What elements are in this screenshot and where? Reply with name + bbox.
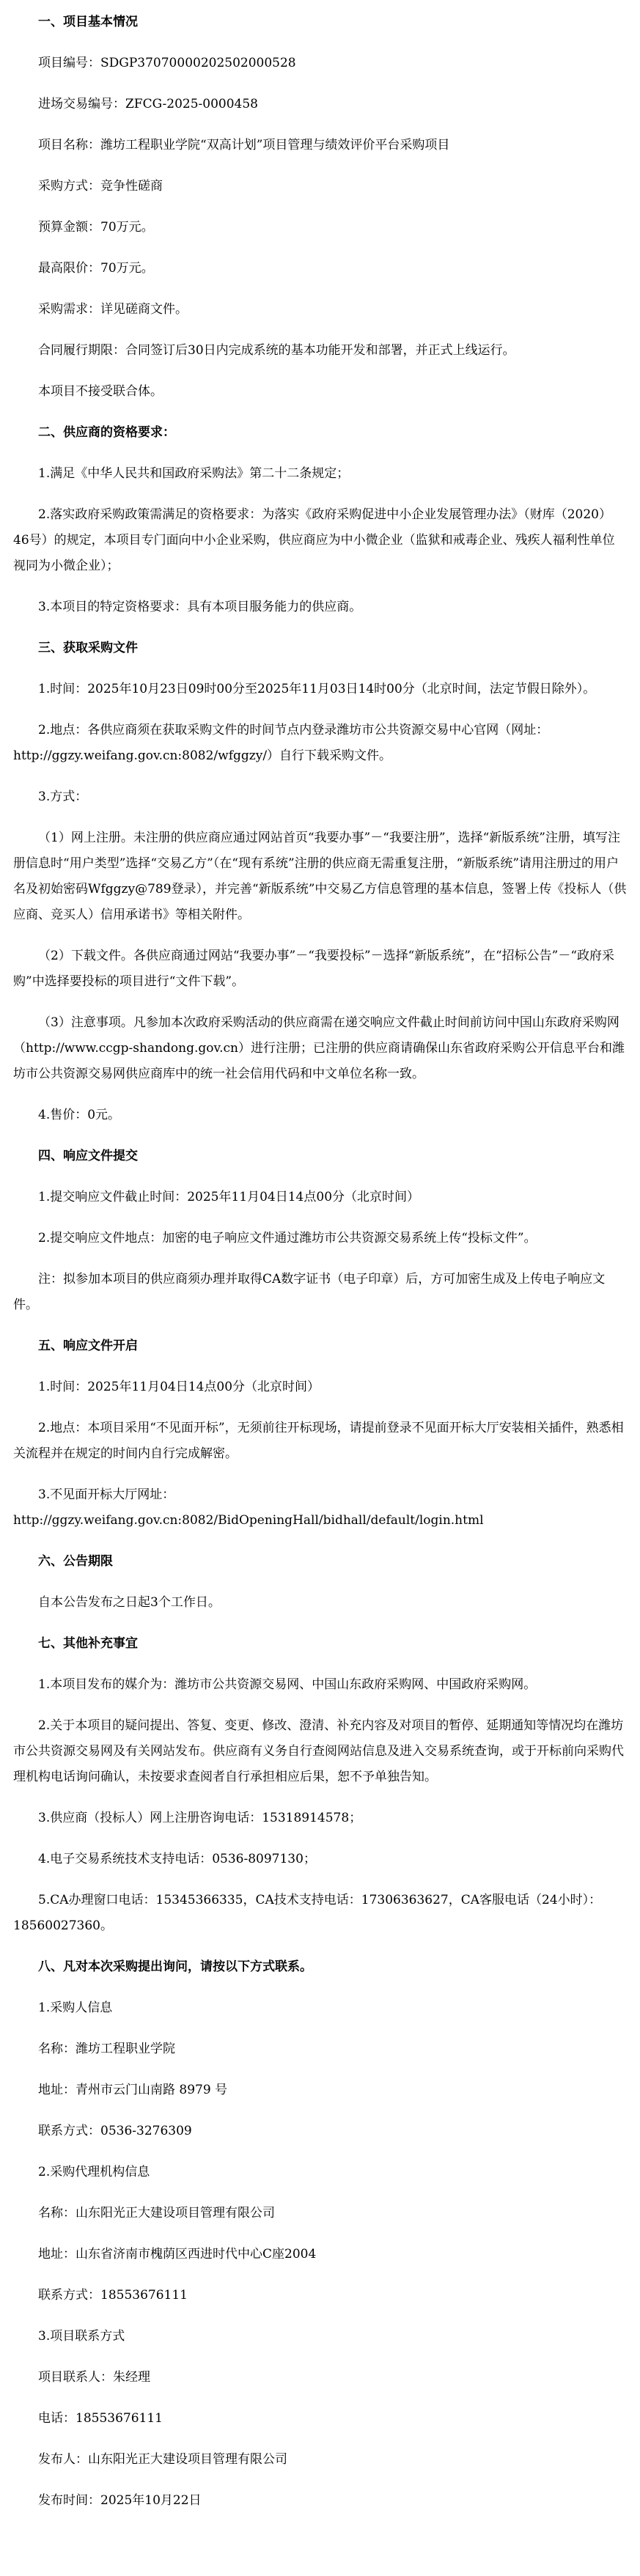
paragraph: 合同履行期限：合同签订后30日内完成系统的基本功能开发和部署，并正式上线运行。: [13, 338, 627, 364]
paragraph: 名称：潍坊工程职业学院: [13, 2036, 627, 2062]
paragraph: 电话：18553676111: [13, 2406, 627, 2432]
section-heading: 七、其他补充事宜: [13, 1631, 627, 1657]
section-heading: 六、公告期限: [13, 1549, 627, 1575]
paragraph: 注：拟参加本项目的供应商须办理并取得CA数字证书（电子印章）后，方可加密生成及上…: [13, 1267, 627, 1318]
paragraph: 1.采购人信息: [13, 1995, 627, 2021]
paragraph: 2.地点：各供应商须在获取采购文件的时间节点内登录潍坊市公共资源交易中心官网（网…: [13, 718, 627, 769]
paragraph: 本项目不接受联合体。: [13, 379, 627, 405]
paragraph: 地址：青州市云门山南路 8979 号: [13, 2078, 627, 2103]
paragraph: 3.不见面开标大厅网址：http://ggzy.weifang.gov.cn:8…: [13, 1482, 627, 1534]
section-heading: 八、凡对本次采购提出询问，请按以下方式联系。: [13, 1954, 627, 1980]
paragraph: 2.落实政府采购政策需满足的资格要求：为落实《政府采购促进中小企业发展管理办法》…: [13, 502, 627, 579]
paragraph: 发布人：山东阳光正大建设项目管理有限公司: [13, 2447, 627, 2473]
paragraph: 最高限价：70万元。: [13, 256, 627, 281]
paragraph: 5.CA办理窗口电话：15345366335，CA技术支持电话：17306363…: [13, 1888, 627, 1939]
paragraph: 联系方式：0536-3276309: [13, 2119, 627, 2144]
paragraph: 1.时间：2025年10月23日09时00分至2025年11月03日14时00分…: [13, 677, 627, 702]
paragraph: 1.满足《中华人民共和国政府采购法》第二十二条规定；: [13, 461, 627, 487]
paragraph: 项目编号：SDGP37070000202502000528: [13, 51, 627, 76]
paragraph: 预算金额：70万元。: [13, 215, 627, 240]
paragraph: 采购需求：详见磋商文件。: [13, 297, 627, 323]
paragraph: 2.采购代理机构信息: [13, 2160, 627, 2185]
paragraph: 3.供应商（投标人）网上注册咨询电话：15318914578；: [13, 1806, 627, 1831]
paragraph: 自本公告发布之日起3个工作日。: [13, 1590, 627, 1616]
paragraph: 1.时间：2025年11月04日14点00分（北京时间）: [13, 1375, 627, 1400]
paragraph: 项目名称：潍坊工程职业学院“双高计划”项目管理与绩效评价平台采购项目: [13, 133, 627, 158]
paragraph: （1）网上注册。未注册的供应商应通过网站首页“我要办事”－“我要注册”，选择“新…: [13, 825, 627, 928]
section-heading: 五、响应文件开启: [13, 1333, 627, 1359]
section-heading: 四、响应文件提交: [13, 1144, 627, 1169]
paragraph: 1.本项目发布的媒介为：潍坊市公共资源交易网、中国山东政府采购网、中国政府采购网…: [13, 1672, 627, 1698]
paragraph: 2.关于本项目的疑问提出、答复、变更、修改、澄清、补充内容及对项目的暂停、延期通…: [13, 1713, 627, 1790]
paragraph: 2.提交响应文件地点：加密的电子响应文件通过潍坊市公共资源交易系统上传“投标文件…: [13, 1226, 627, 1251]
paragraph: 地址：山东省济南市槐荫区西进时代中心C座2004: [13, 2242, 627, 2267]
paragraph: 进场交易编号：ZFCG-2025-0000458: [13, 92, 627, 117]
paragraph: 名称：山东阳光正大建设项目管理有限公司: [13, 2201, 627, 2226]
paragraph: 4.电子交易系统技术支持电话：0536-8097130；: [13, 1847, 627, 1872]
paragraph: 3.方式：: [13, 784, 627, 810]
paragraph: 联系方式：18553676111: [13, 2283, 627, 2308]
paragraph: 发布时间：2025年10月22日: [13, 2488, 627, 2514]
paragraph: （3）注意事项。凡参加本次政府采购活动的供应商需在递交响应文件截止时间前访问中国…: [13, 1010, 627, 1087]
paragraph: 1.提交响应文件截止时间：2025年11月04日14点00分（北京时间）: [13, 1185, 627, 1210]
paragraph: （2）下载文件。各供应商通过网站“我要办事”－“我要投标”－选择“新版系统”，在…: [13, 943, 627, 995]
section-heading: 三、获取采购文件: [13, 636, 627, 661]
paragraph: 3.本项目的特定资格要求：具有本项目服务能力的供应商。: [13, 595, 627, 620]
paragraph: 4.售价：0元。: [13, 1103, 627, 1128]
paragraph: 3.项目联系方式: [13, 2324, 627, 2349]
paragraph: 2.地点：本项目采用“不见面开标”，无须前往开标现场，请提前登录不见面开标大厅安…: [13, 1416, 627, 1467]
section-heading: 一、项目基本情况: [13, 10, 627, 35]
paragraph: 项目联系人：朱经理: [13, 2365, 627, 2391]
paragraph: 采购方式：竞争性磋商: [13, 174, 627, 199]
procurement-announcement-document: 一、项目基本情况项目编号：SDGP37070000202502000528进场交…: [0, 0, 640, 2558]
section-heading: 二、供应商的资格要求：: [13, 420, 627, 446]
